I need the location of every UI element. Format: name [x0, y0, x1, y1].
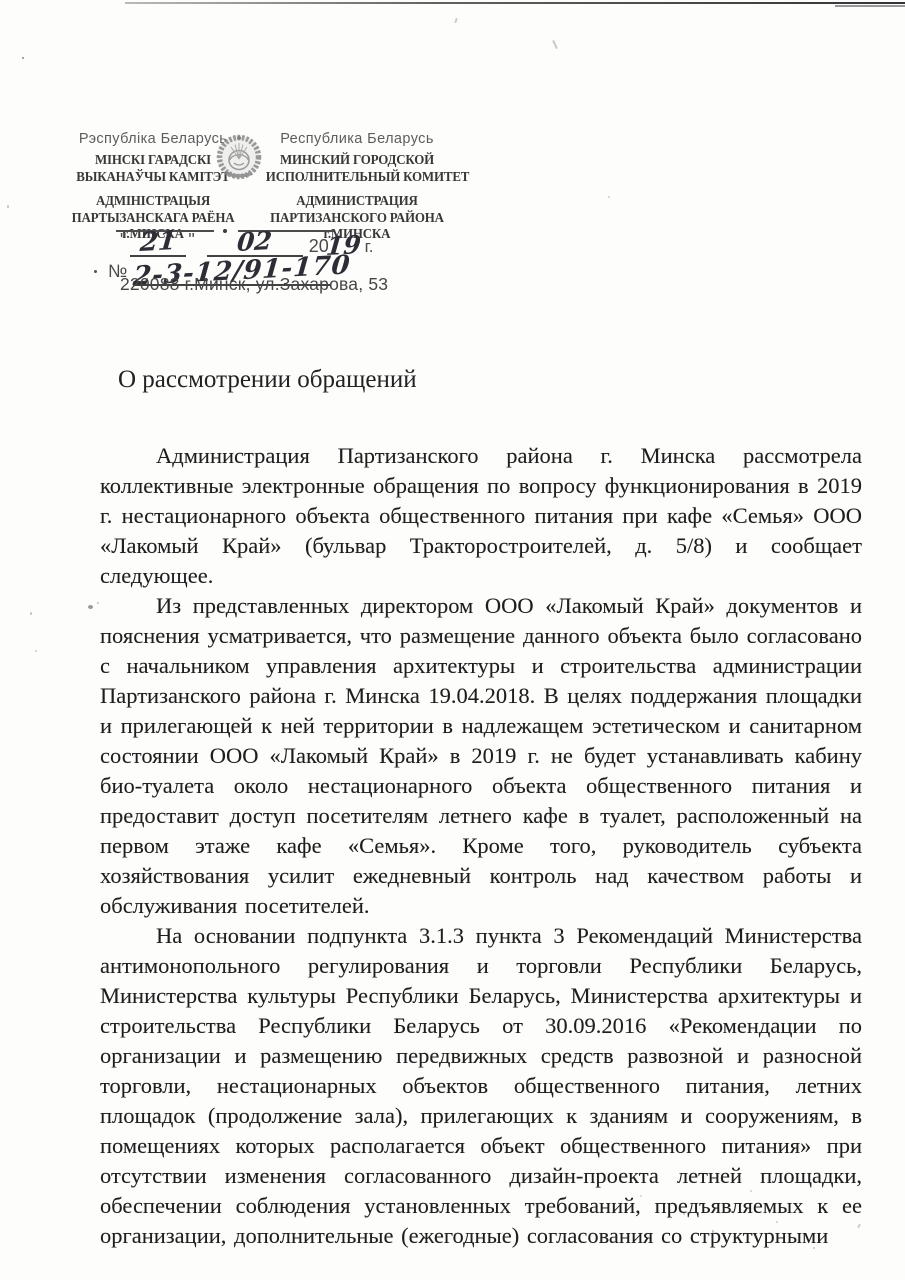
handwritten-day: 21 — [139, 229, 177, 255]
noise-speck — [22, 57, 24, 59]
noise-speck — [454, 18, 458, 23]
letterhead-line: АДМІНІСТРАЦЫЯ — [62, 193, 244, 210]
noise-speck — [608, 196, 610, 198]
letter-paragraph-2: Из представленных директором ООО «Лакомы… — [100, 591, 862, 921]
letterhead-line: АДМИНИСТРАЦИЯ — [266, 193, 448, 210]
sender-address: 220088 г.Минск, ул.Захарова, 53 — [120, 274, 388, 295]
letter-subject: О рассмотрении обращений — [118, 366, 417, 394]
noise-speck — [776, 1221, 778, 1223]
letterhead-country-ru: Республика Беларусь — [262, 131, 452, 147]
date-day-field: 21 — [130, 230, 186, 257]
noise-speck — [640, 1195, 642, 1197]
noise-speck — [813, 1247, 815, 1249]
noise-speck — [712, 1230, 714, 1233]
letterhead-line: ПАРТЫЗАНСКАГА РАЁНА — [62, 210, 244, 227]
noise-speck — [7, 205, 9, 208]
date-close-quote: " — [188, 230, 196, 250]
letterhead-line: ИСПОЛНИТЕЛЬНЫЙ КОМИТЕТ — [266, 169, 448, 186]
scan-edge-artifact — [835, 5, 905, 7]
belarus-coat-of-arms-icon — [214, 132, 264, 184]
date-open-quote: " — [120, 230, 128, 250]
noise-speck — [97, 602, 99, 604]
scan-edge-artifact — [125, 2, 905, 4]
year-suffix: г. — [365, 237, 374, 256]
letterhead-line: МИНСКИЙ ГОРОДСКОЙ — [266, 152, 448, 169]
noise-speck — [88, 605, 93, 609]
noise-speck — [35, 650, 37, 652]
letter-paragraph-3: На основании подпункта 3.1.3 пункта 3 Ре… — [100, 921, 862, 1251]
scanned-letter-page: Рэспубліка Беларусь МІНСКІ ГАРАДСКІ ВЫКА… — [0, 0, 905, 1280]
letter-body: Администрация Партизанского района г. Ми… — [100, 441, 862, 1251]
noise-speck — [30, 612, 32, 615]
noise-speck — [94, 270, 97, 273]
handwritten-month: 02 — [236, 229, 273, 255]
noise-speck — [683, 1213, 685, 1215]
noise-speck — [750, 1190, 752, 1192]
letterhead-line: ПАРТИЗАНСКОГО РАЙОНА — [266, 210, 448, 227]
noise-speck — [552, 40, 558, 49]
letterhead-russian: Республика Беларусь МИНСКИЙ ГОРОДСКОЙ ИС… — [262, 131, 452, 243]
letter-paragraph-1: Администрация Партизанского района г. Ми… — [100, 441, 862, 591]
letterhead-org-ru: МИНСКИЙ ГОРОДСКОЙ ИСПОЛНИТЕЛЬНЫЙ КОМИТЕТ — [262, 152, 452, 185]
